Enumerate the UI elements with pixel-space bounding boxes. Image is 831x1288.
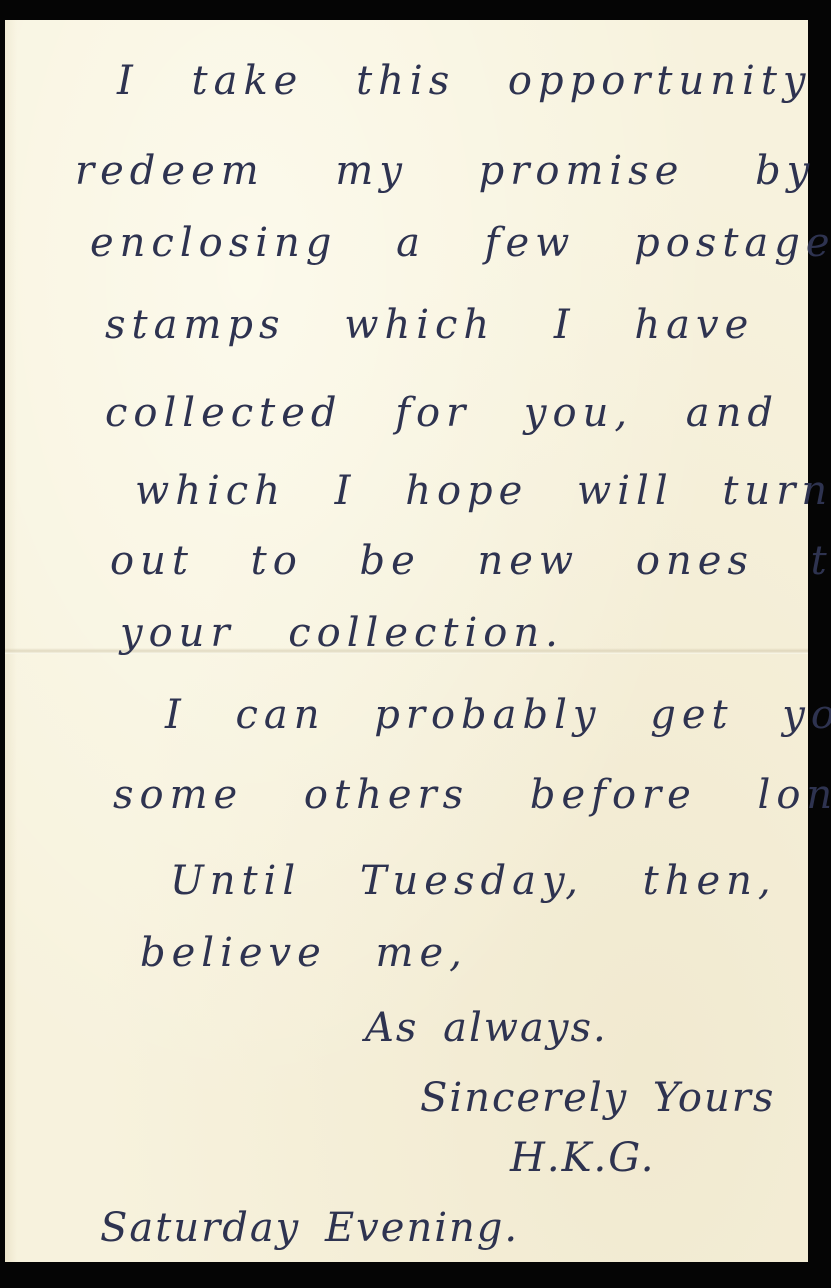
letter-line: some others before long. <box>113 772 831 818</box>
letter-line: believe me, <box>140 930 468 976</box>
letter-line: Until Tuesday, then, <box>170 858 777 904</box>
letter-line: collected for you, and <box>105 390 779 436</box>
letter-page: I take this opportunity to redeem my pro… <box>5 20 808 1262</box>
letter-line: out to be new ones to <box>110 538 831 584</box>
signature: H.K.G. <box>510 1135 655 1181</box>
dateline: Saturday Evening. <box>100 1205 519 1251</box>
letter-line: which I hope will turn <box>135 468 831 514</box>
letter-line: your collection. <box>120 610 564 656</box>
closing-line: Sincerely Yours <box>420 1075 775 1121</box>
letter-line: I take this opportunity to <box>117 58 831 104</box>
letter-line: stamps which I have <box>105 302 754 348</box>
letter-line: I can probably get you <box>165 692 831 738</box>
letter-line: enclosing a few postage <box>90 220 831 266</box>
letter-line: redeem my promise by <box>75 148 815 194</box>
closing-line: As always. <box>365 1005 608 1051</box>
